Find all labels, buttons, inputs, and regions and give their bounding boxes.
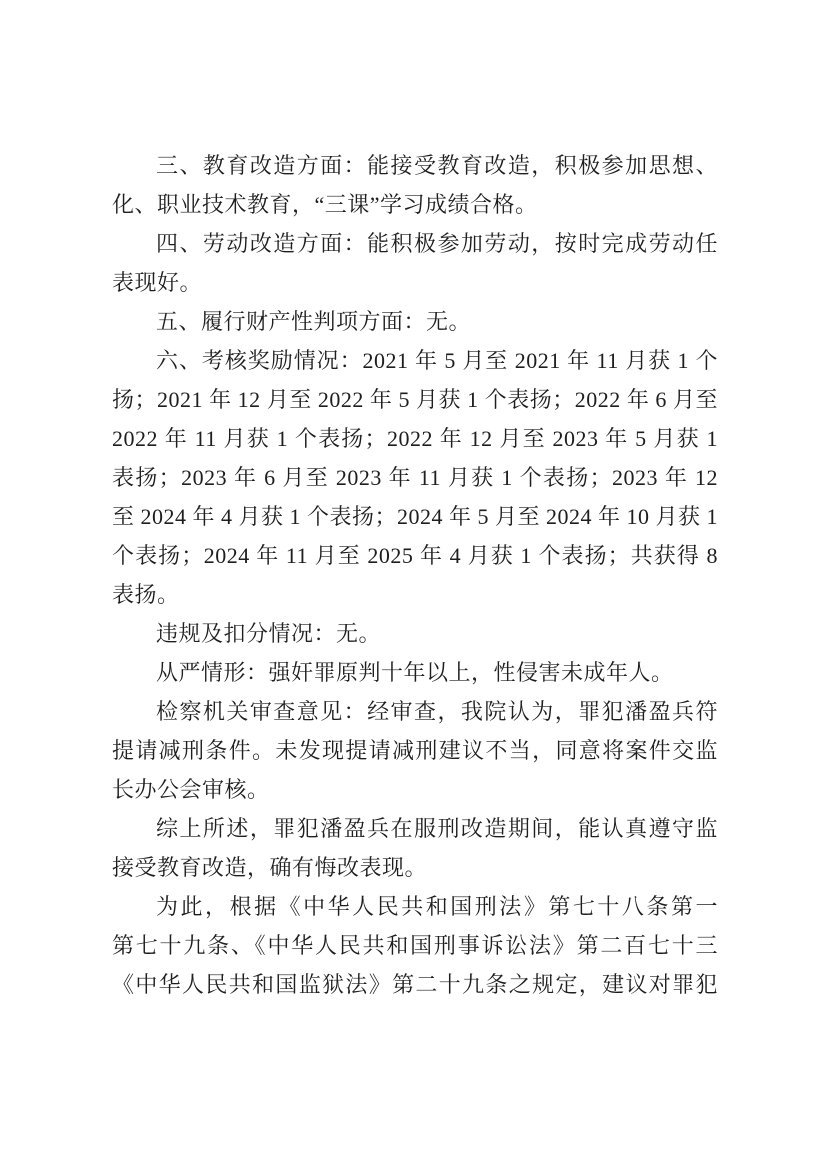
text-line: 四、劳动改造方面：能积极参加劳动，按时完成劳动任务， bbox=[112, 224, 718, 263]
text-line: 化、职业技术教育，“三课”学习成绩合格。 bbox=[112, 185, 718, 224]
document-page: 三、教育改造方面：能接受教育改造，积极参加思想、文化、职业技术教育，“三课”学习… bbox=[0, 0, 827, 1169]
text-line: 个表扬；2024 年 11 月至 2025 年 4 月获 1 个表扬；共获得 8… bbox=[112, 536, 718, 575]
text-line: 为此，根据《中华人民共和国刑法》第七十八条第一款、 bbox=[112, 887, 718, 926]
text-line: 违规及扣分情况：无。 bbox=[112, 614, 718, 653]
text-line: 从严情形：强奸罪原判十年以上，性侵害未成年人。 bbox=[112, 653, 718, 692]
text-line: 扬；2021 年 12 月至 2022 年 5 月获 1 个表扬；2022 年 … bbox=[112, 380, 718, 419]
text-line: 提请减刑条件。未发现提请减刑建议不当，同意将案件交监狱 bbox=[112, 731, 718, 770]
text-line: 《中华人民共和国监狱法》第二十九条之规定，建议对罪犯潘 bbox=[112, 965, 718, 1004]
document-body-text: 三、教育改造方面：能接受教育改造，积极参加思想、文化、职业技术教育，“三课”学习… bbox=[112, 146, 718, 1004]
text-line: 至 2024 年 4 月获 1 个表扬；2024 年 5 月至 2024 年 1… bbox=[112, 497, 718, 536]
text-line: 表扬；2023 年 6 月至 2023 年 11 月获 1 个表扬；2023 年… bbox=[112, 458, 718, 497]
text-line: 表现好。 bbox=[112, 263, 718, 302]
text-line: 长办公会审核。 bbox=[112, 770, 718, 809]
text-line: 检察机关审查意见：经审查，我院认为，罪犯潘盈兵符合 bbox=[112, 692, 718, 731]
text-line: 2022 年 11 月获 1 个表扬；2022 年 12 月至 2023 年 5… bbox=[112, 419, 718, 458]
text-line: 第七十九条、《中华人民共和国刑事诉讼法》第二百七十三条、 bbox=[112, 926, 718, 965]
text-line: 六、考核奖励情况：2021 年 5 月至 2021 年 11 月获 1 个表 bbox=[112, 341, 718, 380]
text-line: 五、履行财产性判项方面：无。 bbox=[112, 302, 718, 341]
text-line: 综上所述，罪犯潘盈兵在服刑改造期间，能认真遵守监规， bbox=[112, 809, 718, 848]
text-line: 三、教育改造方面：能接受教育改造，积极参加思想、文 bbox=[112, 146, 718, 185]
text-line: 接受教育改造，确有悔改表现。 bbox=[112, 848, 718, 887]
text-line: 表扬。 bbox=[112, 575, 718, 614]
